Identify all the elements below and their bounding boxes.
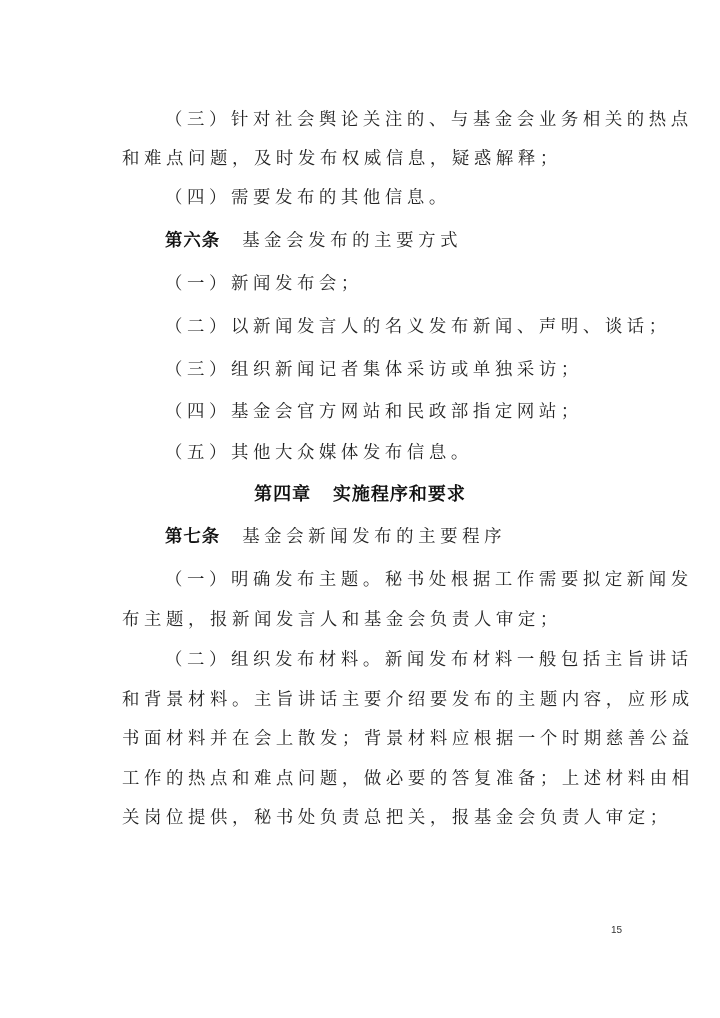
article-title: 基金会发布的主要方式: [242, 231, 462, 251]
paragraph-line: 和背景材料。主旨讲话主要介绍要发布的主题内容，应形成: [122, 688, 694, 712]
article-6-heading: 第六条基金会发布的主要方式: [165, 229, 462, 253]
paragraph-line: （二）组织发布材料。新闻发布材料一般包括主旨讲话: [165, 648, 693, 672]
list-item: （五）其他大众媒体发布信息。: [165, 441, 473, 465]
article-label: 第七条: [165, 527, 220, 547]
paragraph-line: （一）明确发布主题。秘书处根据工作需要拟定新闻发: [165, 568, 693, 592]
paragraph-line: （四）需要发布的其他信息。: [165, 186, 451, 210]
article-7-heading: 第七条基金会新闻发布的主要程序: [165, 525, 506, 549]
paragraph-line: 关岗位提供，秘书处负责总把关，报基金会负责人审定；: [122, 806, 672, 830]
paragraph-line: （三）针对社会舆论关注的、与基金会业务相关的热点: [165, 108, 693, 132]
article-title: 基金会新闻发布的主要程序: [242, 527, 506, 547]
paragraph-line: 书面材料并在会上散发；背景材料应根据一个时期慈善公益: [122, 727, 694, 751]
list-item: （二）以新闻发言人的名义发布新闻、声明、谈话；: [165, 315, 671, 339]
list-item: （四）基金会官方网站和民政部指定网站；: [165, 400, 583, 424]
paragraph-line: 和难点问题，及时发布权威信息，疑惑解释；: [122, 147, 562, 171]
page-number: 15: [611, 925, 622, 936]
paragraph-line: 布主题，报新闻发言人和基金会负责人审定；: [122, 608, 562, 632]
article-label: 第六条: [165, 231, 220, 251]
chapter-heading: 第四章 实施程序和要求: [0, 483, 720, 507]
list-item: （三）组织新闻记者集体采访或单独采访；: [165, 358, 583, 382]
list-item: （一）新闻发布会；: [165, 272, 363, 296]
paragraph-line: 工作的热点和难点问题，做必要的答复准备；上述材料由相: [122, 767, 694, 791]
